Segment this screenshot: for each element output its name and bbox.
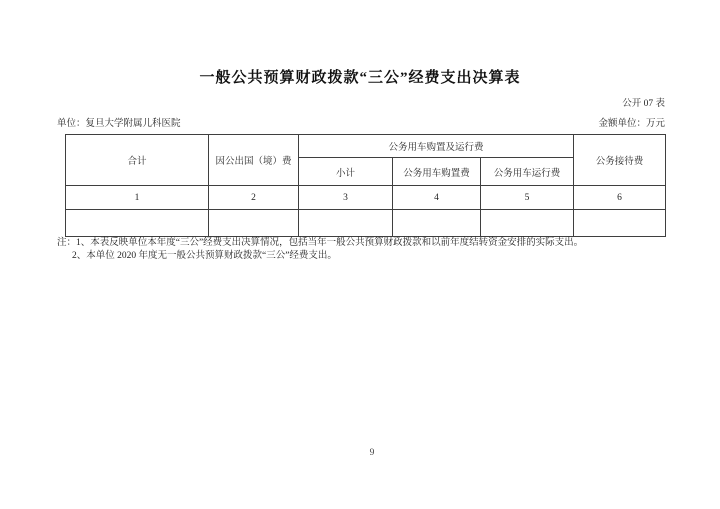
column-number-row: 1 2 3 4 5 6 — [66, 186, 666, 210]
document-page: 一般公共预算财政拨款“三公”经费支出决算表 公开 07 表 单位：复旦大学附属儿… — [0, 0, 720, 509]
header-reception-expense: 公务接待费 — [574, 135, 666, 186]
unit-label: 单位：复旦大学附属儿科医院 — [57, 115, 181, 129]
data-cell — [66, 210, 209, 237]
data-cell — [574, 210, 666, 237]
page-number: 9 — [0, 448, 720, 458]
amount-unit-label: 金额单位：万元 — [598, 115, 665, 129]
header-vehicle-group: 公务用车购置及运行费 — [299, 135, 574, 158]
footnote-2: 2、本单位 2020 年度无一般公共预算财政拨款“三公”经费支出。 — [57, 250, 667, 263]
document-title: 一般公共预算财政拨款“三公”经费支出决算表 — [0, 66, 720, 87]
header-abroad-expense: 因公出国（境）费 — [209, 135, 299, 186]
data-cell — [481, 210, 574, 237]
footnote-1: 注：1、本表反映单位本年度“三公”经费支出决算情况，包括当年一般公共预算财政拨款… — [57, 237, 667, 250]
column-number: 2 — [209, 186, 299, 210]
column-number: 5 — [481, 186, 574, 210]
data-cell — [209, 210, 299, 237]
header-vehicle-subtotal: 小计 — [299, 158, 393, 186]
three-public-expenses-table: 合计 因公出国（境）费 公务用车购置及运行费 公务接待费 小计 公务用车购置费 … — [65, 134, 666, 237]
column-number: 3 — [299, 186, 393, 210]
column-number: 1 — [66, 186, 209, 210]
header-vehicle-purchase: 公务用车购置费 — [393, 158, 481, 186]
column-number: 6 — [574, 186, 666, 210]
table-code-label: 公开 07 表 — [622, 95, 665, 109]
footnotes: 注：1、本表反映单位本年度“三公”经费支出决算情况，包括当年一般公共预算财政拨款… — [57, 237, 667, 263]
table-data-row — [66, 210, 666, 237]
data-cell — [393, 210, 481, 237]
header-total: 合计 — [66, 135, 209, 186]
data-cell — [299, 210, 393, 237]
column-number: 4 — [393, 186, 481, 210]
header-vehicle-operation: 公务用车运行费 — [481, 158, 574, 186]
